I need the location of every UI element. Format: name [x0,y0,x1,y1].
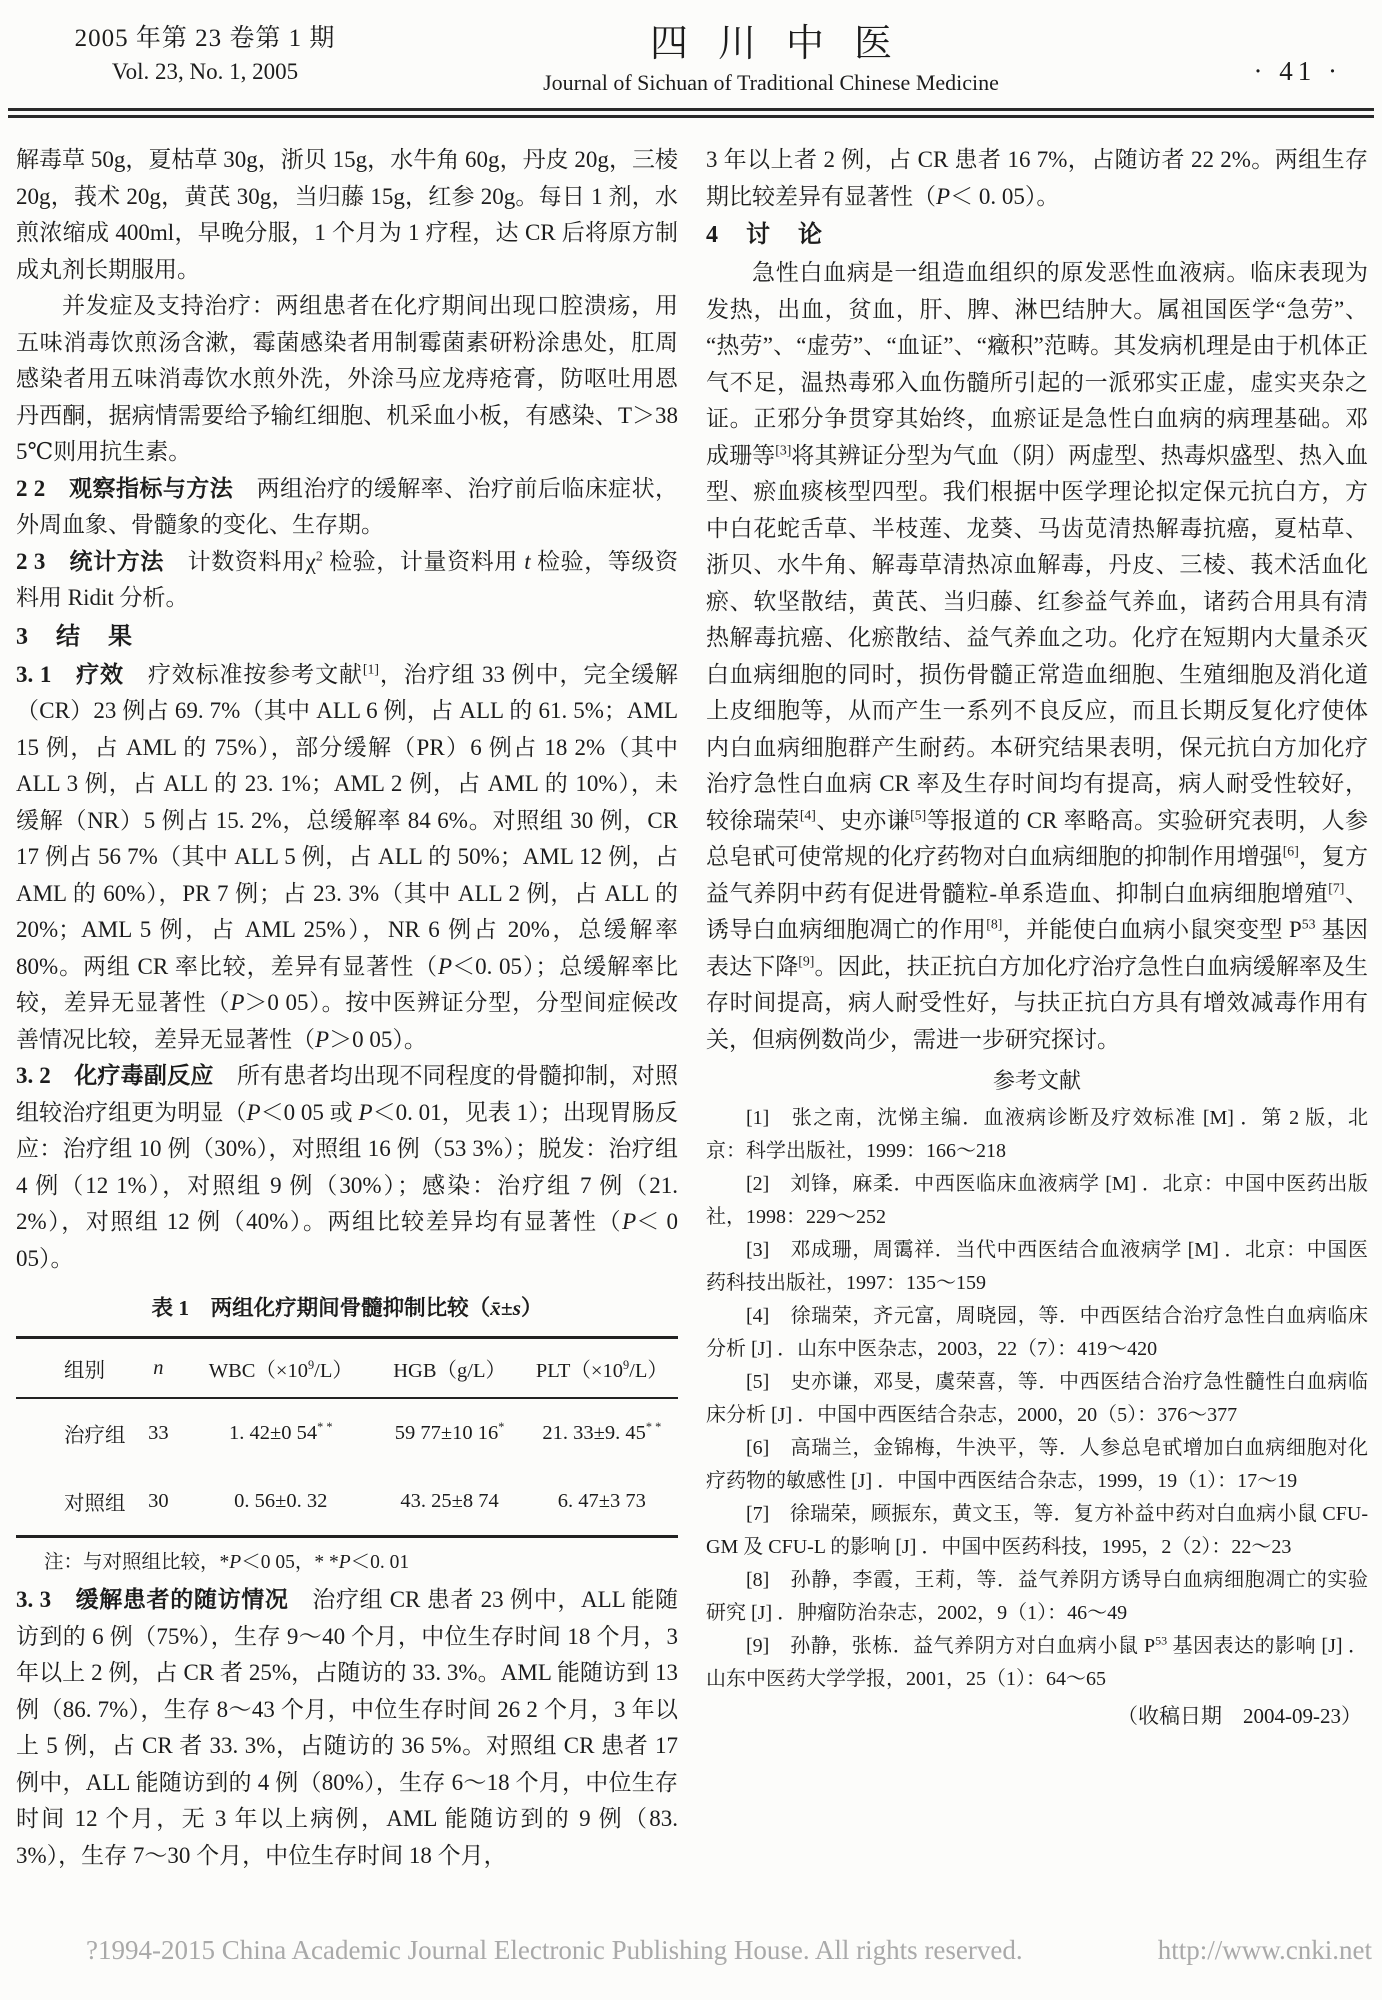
table-cell: 21. 33±9. 45* * [526,1398,678,1467]
table-cell: 30 [129,1467,189,1537]
table-cell: 对照组 [16,1467,129,1537]
table-header-cell: PLT（×109/L） [526,1338,678,1399]
paragraph: 解毒草 50g，夏枯草 30g，浙贝 15g，水牛角 60g，丹皮 20g，三棱… [16,142,678,288]
table-cell: 0. 56±0. 32 [188,1467,373,1537]
journal-title-en: Journal of Sichuan of Traditional Chines… [370,68,1172,98]
paragraph: 2 3 统计方法 计数资料用χ2 检验，计量资料用 t 检验，等级资料用 Rid… [16,544,678,617]
header-double-rule [8,108,1374,118]
reference-item: [4] 徐瑞荣，齐元富，周晓园，等．中西医结合治疗急性白血病临床分析 [J] ．… [706,1300,1368,1366]
paragraph: 3 年以上者 2 例，占 CR 患者 16 7%，占随访者 22 2%。两组生存… [706,142,1368,215]
watermark-text: ?1994-2015 China Academic Journal Electr… [86,1935,1023,1966]
table-cell: 1. 42±0 54* * [188,1398,373,1467]
reference-item: [5] 史亦谦，邓旻，虞荣喜，等．中西医结合治疗急性髓性白血病临床分析 [J] … [706,1366,1368,1432]
paragraph: 3. 3 缓解患者的随访情况 治疗组 CR 患者 23 例中，ALL 能随访到的… [16,1582,678,1874]
left-column: 解毒草 50g，夏枯草 30g，浙贝 15g，水牛角 60g，丹皮 20g，三棱… [16,142,678,1874]
paragraph: 并发症及支持治疗：两组患者在化疗期间出现口腔溃疡，用五味消毒饮煎汤含漱，霉菌感染… [16,288,678,471]
paragraph: 2 2 观察指标与方法 两组治疗的缓解率、治疗前后临床症状，外周血象、骨髓象的变… [16,471,678,544]
journal-title-cn: 四川中医 [370,22,1172,66]
table-1: 表 1 两组化疗期间骨髓抑制比较（x̄±s）组别nWBC（×109/L）HGB（… [16,1291,678,1574]
table-cell: 33 [129,1398,189,1467]
page-header: 2005 年第 23 卷第 1 期 Vol. 23, No. 1, 2005 四… [0,0,1382,102]
table-note: 注：与对照组比较，*P＜0 05，* *P＜0. 01 [16,1546,678,1574]
table-title: 表 1 两组化疗期间骨髓抑制比较（x̄±s） [16,1291,678,1322]
table-row: 治疗组331. 42±0 54* *59 77±10 16*21. 33±9. … [16,1398,678,1467]
issue-cn: 2005 年第 23 卷第 1 期 [40,22,370,56]
table-cell: 59 77±10 16* [373,1398,525,1467]
table-row: 对照组300. 56±0. 3243. 25±8 746. 47±3 73 [16,1467,678,1537]
reference-item: [7] 徐瑞荣，顾振东，黄文玉，等．复方补益中药对白血病小鼠 CFU-GM 及 … [706,1498,1368,1564]
table-cell: 6. 47±3 73 [526,1467,678,1537]
reference-item: [1] 张之南，沈悌主编．血液病诊断及疗效标准 [M] ．第 2 版，北京：科学… [706,1102,1368,1168]
reference-item: [3] 邓成珊，周霭祥．当代中西医结合血液病学 [M] ．北京：中国医药科技出版… [706,1234,1368,1300]
paragraph: 3. 2 化疗毒副反应 所有患者均出现不同程度的骨髓抑制，对照组较治疗组更为明显… [16,1058,678,1277]
table-header-cell: WBC（×109/L） [188,1338,373,1399]
reference-item: [9] 孙静，张栋．益气养阴方对白血病小鼠 P53 基因表达的影响 [J] ．山… [706,1630,1368,1696]
paragraph: 急性白血病是一组造血组织的原发恶性血液病。临床表现为发热，出血，贫血，肝、脾、淋… [706,255,1368,1058]
issue-info: 2005 年第 23 卷第 1 期 Vol. 23, No. 1, 2005 [40,22,370,88]
page-number: · 41 · [1172,22,1356,87]
issue-en: Vol. 23, No. 1, 2005 [40,56,370,88]
journal-title: 四川中医 Journal of Sichuan of Traditional C… [370,22,1172,98]
paragraph: 3. 1 疗效 疗效标准按参考文献[1]，治疗组 33 例中，完全缓解（CR）2… [16,657,678,1059]
received-date: （收稿日期 2004-09-23） [706,1696,1368,1736]
table-cell: 治疗组 [16,1398,129,1467]
reference-item: [2] 刘锋，麻柔．中西医临床血液病学 [M] ．北京：中国中医药出版社，199… [706,1168,1368,1234]
journal-page: 2005 年第 23 卷第 1 期 Vol. 23, No. 1, 2005 四… [0,0,1382,2000]
reference-item: [6] 高瑞兰，金锦梅，牛泱平，等．人参总皂甙增加白血病细胞对化疗药物的敏感性 … [706,1432,1368,1498]
table-header-cell: n [129,1338,189,1399]
table-header-cell: 组别 [16,1338,129,1399]
watermark: ?1994-2015 China Academic Journal Electr… [0,1935,1382,1966]
watermark-url: http://www.cnki.net [1158,1935,1372,1966]
article-body: 解毒草 50g，夏枯草 30g，浙贝 15g，水牛角 60g，丹皮 20g，三棱… [0,118,1382,1874]
section-heading: 4 讨 论 [706,215,1368,255]
reference-item: [8] 孙静，李霞，王莉，等．益气养阴方诱导白血病细胞凋亡的实验研究 [J] ．… [706,1564,1368,1630]
table-cell: 43. 25±8 74 [373,1467,525,1537]
right-column: 3 年以上者 2 例，占 CR 患者 16 7%，占随访者 22 2%。两组生存… [706,142,1368,1874]
references-heading: 参考文献 [706,1060,1368,1102]
section-heading: 3 结 果 [16,617,678,657]
table-header-cell: HGB（g/L） [373,1338,525,1399]
bone-marrow-suppression-table: 组别nWBC（×109/L）HGB（g/L）PLT（×109/L）治疗组331.… [16,1336,678,1538]
